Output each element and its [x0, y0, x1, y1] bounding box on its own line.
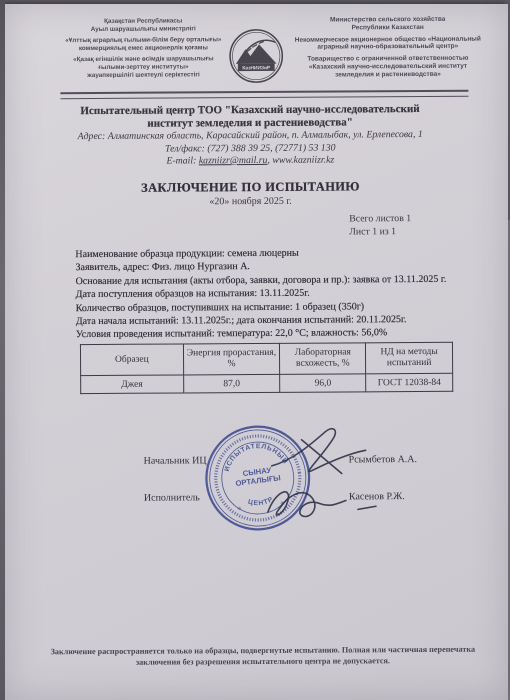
sheet-number: Лист 1 из 1 — [349, 225, 411, 238]
org-line: коммерциялық емес акционерлік қоғамы — [59, 44, 227, 53]
column-header: НД на методы испытаний — [366, 342, 453, 374]
header-divider — [60, 90, 468, 99]
org-line: Республики Казахстан — [285, 23, 490, 32]
testing-center-block: Испытательный центр ТОО "Казахский научн… — [3, 103, 496, 170]
sheet-info: Всего листов 1 Лист 1 из 1 — [349, 212, 411, 238]
document-page: Қазақстан Республикасы Ауыл шаруашылығы … — [5, 4, 508, 700]
letterhead: Қазақстан Республикасы Ауыл шаруашылығы … — [59, 16, 490, 87]
handwritten-signatures-icon — [253, 423, 434, 529]
footer-disclaimer: Заключение распространяется только на об… — [49, 645, 477, 669]
org-line: жауапкершілігі шектеулі серіктестігі — [59, 71, 227, 80]
institute-logo-icon: КазНИИЗиР — [227, 27, 285, 85]
test-details: Наименование образца продукции: семена л… — [75, 246, 491, 342]
column-header: Лабораторная всхожесть, % — [280, 343, 366, 375]
signer-role-head: Начальник ИЦ — [144, 455, 207, 466]
column-header: Энергия прорастания, % — [183, 343, 280, 375]
lab-germination-cell: 96,0 — [280, 374, 366, 393]
email-line: E-mail: kazniizr@mail.ru, www.kazniizr.k… — [4, 154, 497, 170]
org-name-russian: Министерство сельского хозяйства Республ… — [285, 16, 490, 85]
org-line: Ауыл шаруашылығы министрлігі — [59, 25, 227, 34]
org-line: аграрный научно-образовательный центр» — [286, 43, 491, 52]
stamp-star-left: ✳ — [237, 505, 243, 513]
org-name-kazakh: Қазақстан Республикасы Ауыл шаруашылығы … — [59, 17, 228, 86]
photo-edge-left — [0, 0, 5, 700]
sheets-total: Всего листов 1 — [349, 212, 411, 225]
table-row: Джея 87,0 96,0 ГОСТ 12038-84 — [81, 373, 453, 393]
website: , www.kazniizr.kz — [267, 155, 334, 166]
test-method-cell: ГОСТ 12038-84 — [366, 373, 453, 392]
detail-line: Условия проведения испытаний: температур… — [76, 326, 491, 342]
email-label: E-mail: — [166, 155, 198, 166]
results-table: Образец Энергия прорастания, % Лаборатор… — [80, 342, 453, 394]
column-header: Образец — [80, 344, 183, 376]
logo-text: КазНИИЗиР — [243, 65, 272, 71]
email-address: kazniizr@mail.ru — [199, 155, 268, 166]
table-header-row: Образец Энергия прорастания, % Лаборатор… — [80, 342, 452, 375]
document-title: ЗАКЛЮЧЕНИЕ ПО ИСПЫТАНИЮ — [4, 179, 497, 197]
sample-name-cell: Джея — [81, 375, 184, 394]
germination-energy-cell: 87,0 — [183, 374, 280, 393]
document-date: «20» ноября 2025 г. — [4, 195, 497, 209]
org-line: земледелия и растениеводства» — [286, 70, 491, 79]
detail-line: Основание для испытания (акты отбора, за… — [76, 272, 491, 288]
signer-role-executor: Исполнитель — [144, 492, 200, 503]
